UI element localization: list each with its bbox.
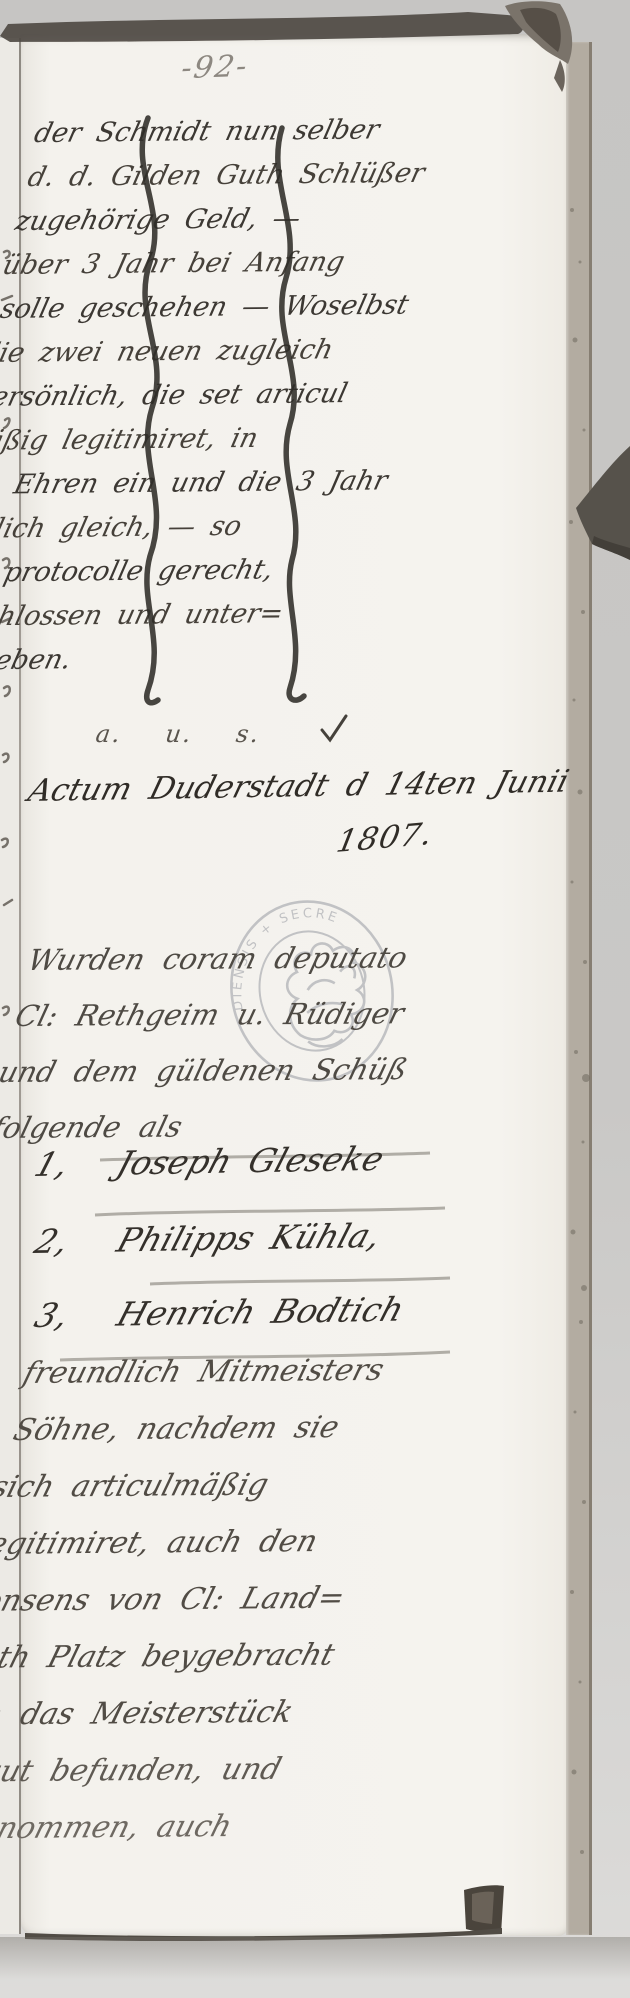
list-item: 2, Philipps Kühla,	[30, 1216, 386, 1261]
list-item: 3, Henrich Bodtich	[30, 1290, 409, 1335]
page-stack-fore-edge	[566, 42, 592, 1935]
closing-line: auch das Meisterstück	[0, 1684, 326, 1744]
actum-ut-supra-abbrev: a. u. s.	[94, 720, 262, 748]
manuscript-scan: DIENSIS + SECRE	[0, 0, 630, 1998]
binding-strap-edge	[592, 536, 630, 560]
scan-bottom-shadow	[0, 1937, 630, 1979]
struck-line: der Schmidt nun selber	[29, 107, 476, 156]
struck-line: dem protocolle gerecht,	[0, 547, 371, 596]
closing-line: Söhne, nachdem sie	[6, 1399, 405, 1459]
closing-line: angenommen, auch	[0, 1798, 294, 1858]
struck-line: zugehörige Geld, —	[10, 195, 455, 244]
struck-line: jährlich gleich, — so	[0, 503, 382, 552]
body-line: Cl: Rethgeim u. Rüdiger	[9, 985, 429, 1044]
struck-line: persönlich, die set articul	[0, 371, 413, 420]
body-paragraph: Wurden coram deputato Cl: Rethgeim u. Rü…	[0, 929, 443, 1156]
struck-line: mäßig legitimiret, in	[0, 415, 403, 464]
struck-line: über 3 Jahr bei Anfang	[0, 239, 445, 288]
list-item-name: Henrich Bodtich	[112, 1290, 408, 1334]
body-line: und dem güldenen Schüß	[0, 1041, 414, 1100]
struck-line: Beschlossen und unter=	[0, 591, 361, 639]
struck-line: die zwei neuen zugleich	[0, 327, 424, 376]
closing-line: legitimiret, auch den	[0, 1513, 373, 1573]
struck-line: =schrieben.	[0, 635, 350, 684]
closing-line: freundlich Mitmeisters	[16, 1342, 421, 1402]
closing-line: sich articulmäßig	[0, 1456, 389, 1516]
list-item: 1, Joseph Gleseke	[30, 1139, 389, 1184]
struck-line: die Ehren ein und die 3 Jahr	[0, 459, 392, 507]
page-number: -92-	[147, 48, 283, 88]
list-item-name: Joseph Gleseke	[112, 1139, 388, 1183]
closing-line: für gut befunden, und	[0, 1741, 310, 1801]
body-line: Wurden coram deputato	[21, 929, 443, 988]
closing-line: =rath Platz beygebracht	[0, 1627, 342, 1687]
struck-line: d. d. Gilden Guth Schlüßer	[23, 151, 466, 200]
struck-line: solle geschehen — Woselbst	[0, 283, 434, 331]
closing-line: Consens von Cl: Land=	[0, 1570, 357, 1630]
list-item-name: Philipps Kühla,	[112, 1216, 385, 1260]
